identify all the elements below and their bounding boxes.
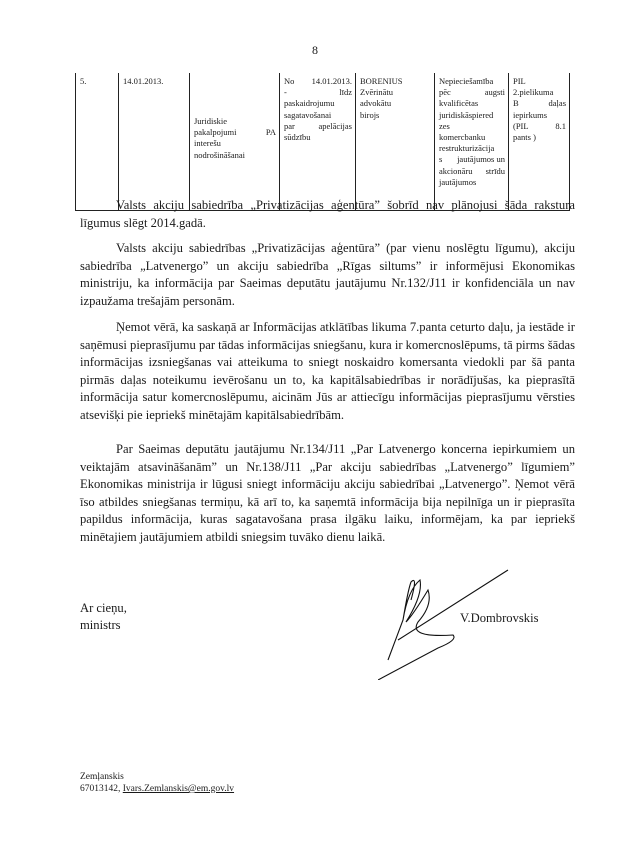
cell-term: No14.01.2013.-līdzpaskaidrojumusagatavoš… <box>280 73 356 211</box>
cell-contractor: BORENIUSZvērinātuadvokātubirojs <box>356 73 435 211</box>
cell-line: birojs <box>360 110 431 121</box>
cell-line: zes <box>439 121 505 132</box>
closing-block: Ar cieņu, ministrs <box>80 600 127 634</box>
cell-subject: JuridiskiepakalpojumiPAinterešunodrošinā… <box>190 73 280 211</box>
cell-line: kvalificētas <box>439 98 505 109</box>
cell-line: paskaidrojumu <box>284 98 352 109</box>
cell-line: komercbanku <box>439 132 505 143</box>
cell-line: pakalpojumiPA <box>194 127 276 138</box>
cell-line: PIL <box>513 76 566 87</box>
cell-line: jautājumos <box>439 177 505 188</box>
signer-title: ministrs <box>80 617 127 634</box>
cell-justification: Nepieciešamībapēcaugstikvalificētasjurid… <box>435 73 509 211</box>
paragraph-3: Ņemot vērā, ka saskaņā ar Informācijas a… <box>80 319 575 425</box>
table-row: 5. 14.01.2013. JuridiskiepakalpojumiPAin… <box>76 73 570 211</box>
cell-line: nodrošināšanai <box>194 150 276 161</box>
cell-line: akcionārustrīdu <box>439 166 505 177</box>
cell-line: pants ) <box>513 132 566 143</box>
cell-line: advokātu <box>360 98 431 109</box>
cell-line: Bdaļas <box>513 98 566 109</box>
cell-line: iepirkums <box>513 110 566 121</box>
paragraph-4: Par Saeimas deputātu jautājumu Nr.134/J1… <box>80 441 575 547</box>
cell-line: Nepieciešamība <box>439 76 505 87</box>
paragraph-2: Valsts akciju sabiedrības „Privatizācija… <box>80 240 575 310</box>
paragraph-1: Valsts akciju sabiedrība „Privatizācijas… <box>80 197 575 232</box>
cell-number: 5. <box>76 73 119 211</box>
cell-line: parapelācijas <box>284 121 352 132</box>
cell-procurement: PIL2.pielikumaBdaļasiepirkums(PIL8.1pant… <box>509 73 570 211</box>
page-number: 8 <box>0 43 630 58</box>
cell-line: sūdzību <box>284 132 352 143</box>
cell-line: Juridiskie <box>194 116 276 127</box>
cell-line: interešu <box>194 138 276 149</box>
contact-phone: 67013142, <box>80 784 120 794</box>
cell-line: BORENIUS <box>360 76 431 87</box>
greeting: Ar cieņu, <box>80 600 127 617</box>
cell-line: (PIL8.1 <box>513 121 566 132</box>
cell-line: sjautājumos un <box>439 154 505 165</box>
cell-line: Zvērinātu <box>360 87 431 98</box>
cell-line: No14.01.2013. <box>284 76 352 87</box>
contact-block: Zemļanskis 67013142, Ivars.Zemlanskis@em… <box>80 771 234 795</box>
cell-line: sagatavošanai <box>284 110 352 121</box>
cell-line: restrukturizācija <box>439 143 505 154</box>
cell-date: 14.01.2013. <box>119 73 190 211</box>
cell-line: -līdz <box>284 87 352 98</box>
cell-line: 2.pielikuma <box>513 87 566 98</box>
contracts-table: 5. 14.01.2013. JuridiskiepakalpojumiPAin… <box>75 73 570 211</box>
contact-email-link[interactable]: Ivars.Zemlanskis@em.gov.lv <box>123 784 234 794</box>
contact-name: Zemļanskis <box>80 771 234 783</box>
cell-line: pēcaugsti <box>439 87 505 98</box>
signer-name: V.Dombrovskis <box>460 611 539 626</box>
cell-line: juridiskāspiered <box>439 110 505 121</box>
